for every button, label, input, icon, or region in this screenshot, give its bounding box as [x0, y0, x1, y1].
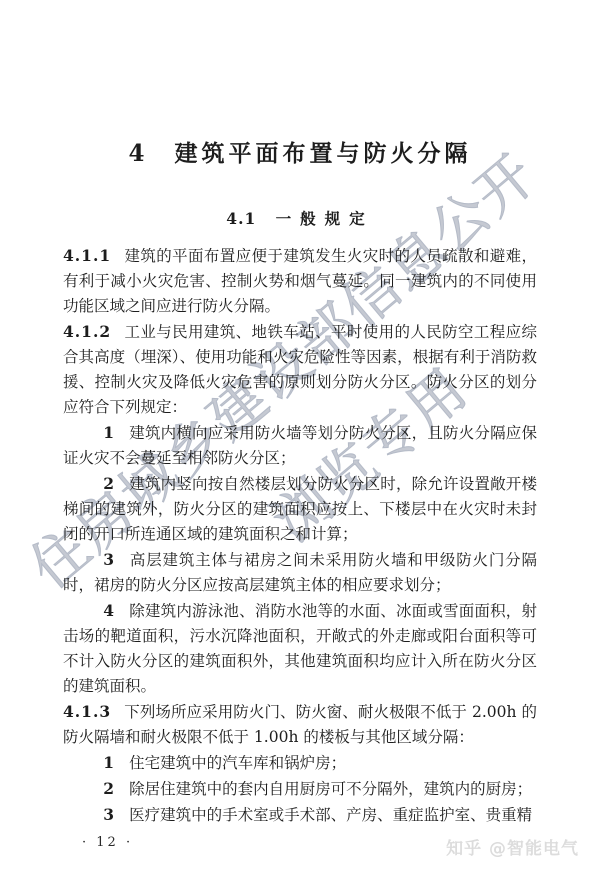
item-text: 除建筑内游泳池、消防水池等的水面、冰面或雪面面积，射击场的靶道面积，污水沉降池面…	[63, 602, 537, 695]
clause-text: 工业与民用建筑、地铁车站、平时使用的人民防空工程应综合其高度（埋深）、使用功能和…	[63, 323, 537, 416]
item-number: 3	[103, 805, 114, 824]
item-text: 高层建筑主体与裙房之间未采用防火墙和甲级防火门分隔时，裙房的防火分区应按高层建筑…	[63, 551, 537, 594]
item-number: 2	[103, 474, 114, 493]
section-heading: 4.1 一般规定	[63, 207, 537, 229]
item-number: 4	[103, 601, 114, 620]
zhihu-credit-watermark: 知乎 @智能电气	[446, 834, 579, 859]
document-page: 住房城乡建设部信息公开 浏览专用 4 建筑平面布置与防火分隔 4.1 一般规定 …	[0, 0, 600, 870]
clause-number: 4.1.3	[63, 702, 111, 721]
list-item-3: 3高层建筑主体与裙房之间未采用防火墙和甲级防火门分隔时，裙房的防火分区应按高层建…	[63, 547, 537, 598]
clause-text: 建筑的平面布置应便于建筑发生火灾时的人员疏散和避难，有利于减小火灾危害、控制火势…	[63, 247, 537, 315]
item-text: 医疗建筑中的手术室或手术部、产房、重症监护室、贵重精	[129, 806, 532, 824]
list-item-3b: 3医疗建筑中的手术室或手术部、产房、重症监护室、贵重精	[63, 802, 537, 828]
page-content: 4 建筑平面布置与防火分隔 4.1 一般规定 4.1.1建筑的平面布置应便于建筑…	[63, 0, 537, 850]
list-item-2: 2建筑内竖向按自然楼层划分防火分区时，除允许设置敞开楼梯间的建筑外，防火分区的建…	[63, 471, 537, 547]
clause-number: 4.1.2	[63, 322, 111, 341]
section-number: 4.1	[226, 209, 256, 228]
item-text: 建筑内横向应采用防火墙等划分防火分区，且防火分隔应保证火灾不会蔓延至相邻防火分区…	[63, 424, 537, 467]
list-item-4: 4除建筑内游泳池、消防水池等的水面、冰面或雪面面积，射击场的靶道面积，污水沉降池…	[63, 598, 537, 699]
chapter-heading: 4 建筑平面布置与防火分隔	[63, 135, 537, 168]
list-item-1b: 1住宅建筑中的汽车库和锅炉房；	[63, 750, 537, 776]
item-number: 3	[103, 550, 114, 569]
item-number: 1	[103, 753, 114, 772]
item-text: 建筑内竖向按自然楼层划分防火分区时，除允许设置敞开楼梯间的建筑外，防火分区的建筑…	[63, 475, 537, 543]
section-title: 一般规定	[276, 209, 374, 228]
item-text: 住宅建筑中的汽车库和锅炉房；	[129, 754, 346, 772]
item-text: 除居住建筑中的套内自用厨房可不分隔外，建筑内的厨房；	[129, 780, 532, 798]
clause-4-1-2: 4.1.2工业与民用建筑、地铁车站、平时使用的人民防空工程应综合其高度（埋深）、…	[63, 319, 537, 420]
list-item-1: 1建筑内横向应采用防火墙等划分防火分区，且防火分隔应保证火灾不会蔓延至相邻防火分…	[63, 420, 537, 471]
clause-text: 下列场所应采用防火门、防火窗、耐火极限不低于 2.00h 的防火隔墙和耐火极限不…	[63, 703, 537, 746]
clause-4-1-3: 4.1.3下列场所应采用防火门、防火窗、耐火极限不低于 2.00h 的防火隔墙和…	[63, 699, 537, 750]
list-item-2b: 2除居住建筑中的套内自用厨房可不分隔外，建筑内的厨房；	[63, 776, 537, 802]
clause-number: 4.1.1	[63, 246, 111, 265]
chapter-title: 建筑平面布置与防火分隔	[175, 140, 472, 167]
item-number: 2	[103, 779, 114, 798]
clause-4-1-1: 4.1.1建筑的平面布置应便于建筑发生火灾时的人员疏散和避难，有利于减小火灾危害…	[63, 243, 537, 319]
item-number: 1	[103, 423, 114, 442]
body-text: 4.1.1建筑的平面布置应便于建筑发生火灾时的人员疏散和避难，有利于减小火灾危害…	[63, 243, 537, 828]
chapter-number: 4	[128, 140, 144, 167]
